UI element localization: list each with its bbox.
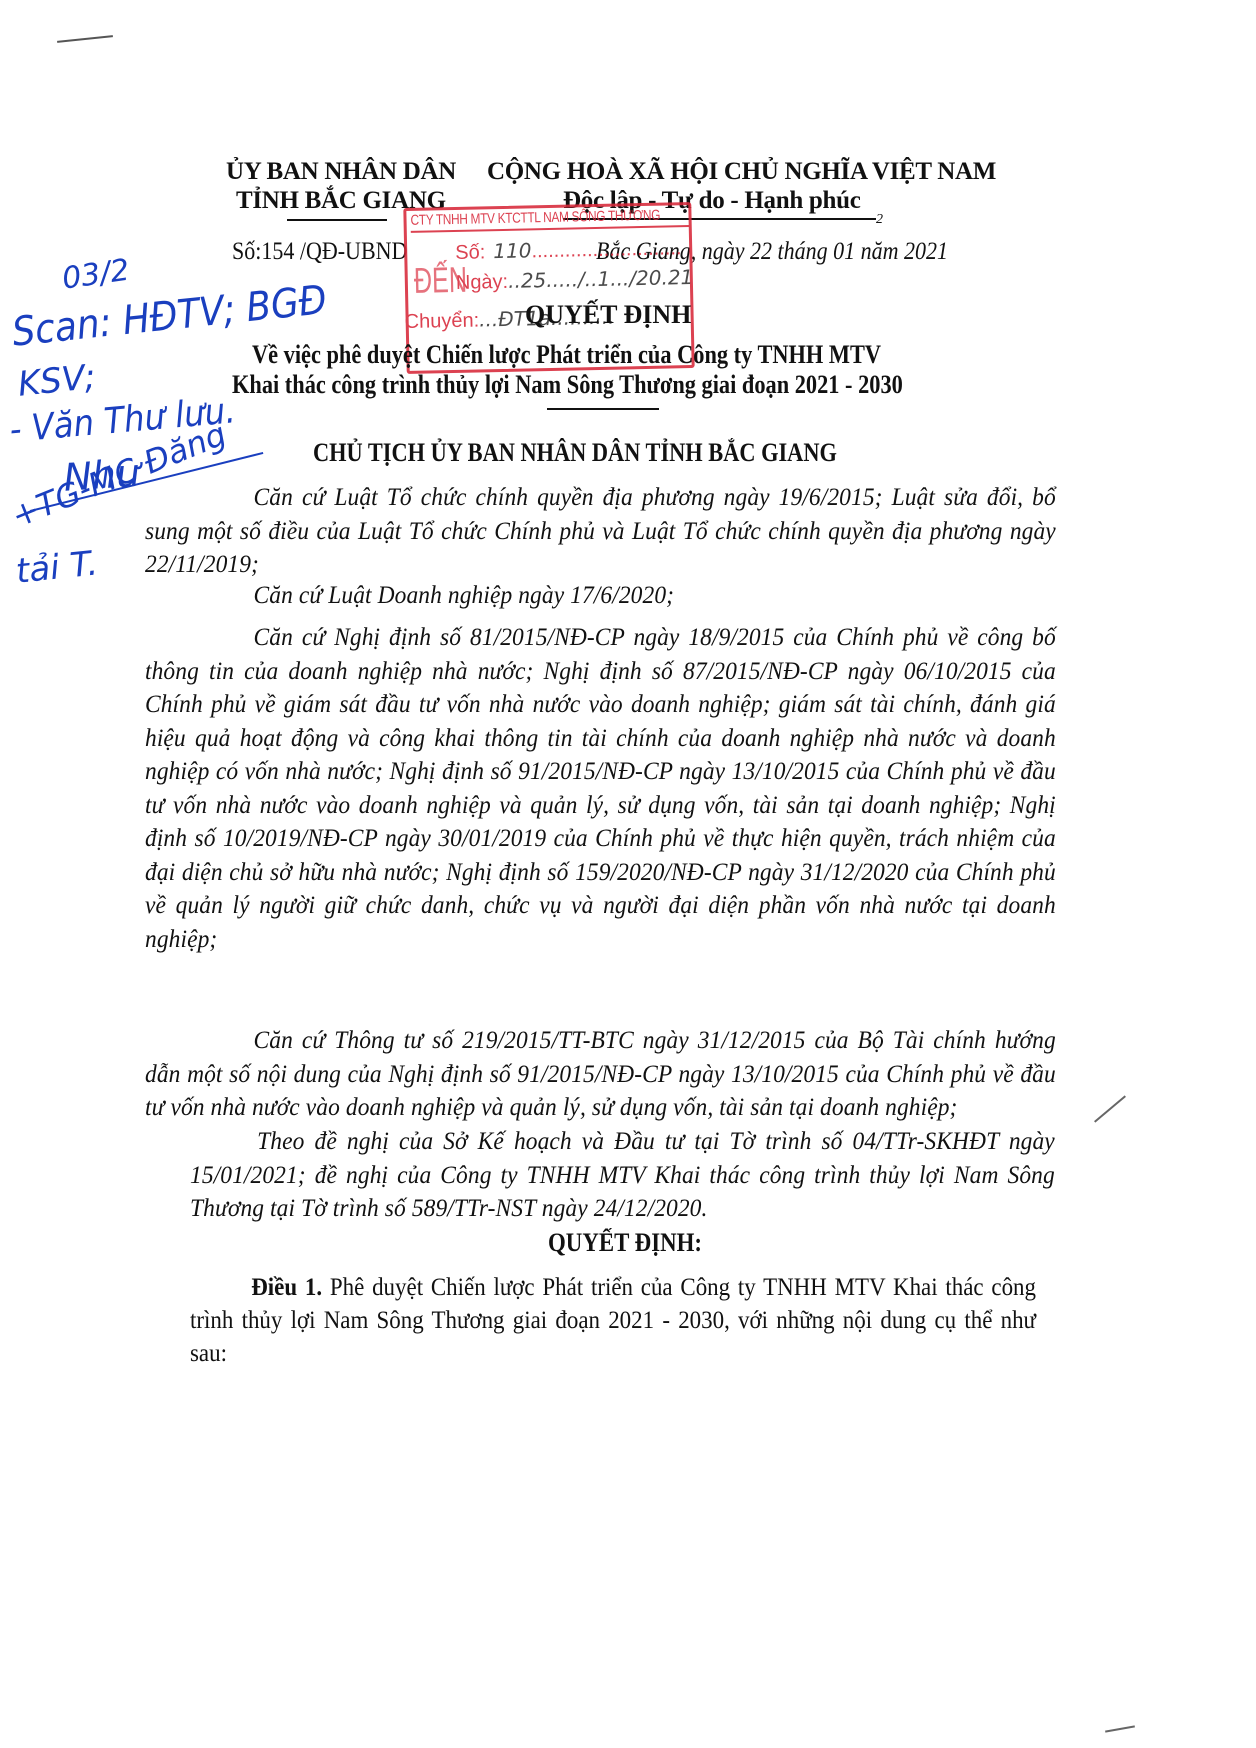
stamp-chuyen-label: Chuyển: <box>404 309 479 333</box>
handwritten-note-line-1: 03/2 <box>60 253 132 297</box>
subject-line-1: Về việc phê duyệt Chiến lược Phát triển … <box>252 340 881 370</box>
scan-mark <box>1105 1725 1135 1732</box>
article-1: Điều 1. Phê duyệt Chiến lược Phát triển … <box>190 1270 1036 1369</box>
preamble-3: Căn cứ Nghị định số 81/2015/NĐ-CP ngày 1… <box>145 620 1056 955</box>
preamble-1: Căn cứ Luật Tổ chức chính quyền địa phươ… <box>145 480 1056 581</box>
stamp-so-label: Số: <box>455 241 485 264</box>
preamble-5: Theo đề nghị của Sở Kế hoạch và Đầu tư t… <box>190 1124 1055 1225</box>
stamp-ngay-label: Ngày: <box>456 271 509 294</box>
subject-underline <box>547 408 659 410</box>
preamble-4: Căn cứ Thông tư số 219/2015/TT-BTC ngày … <box>145 1023 1056 1124</box>
stamp-ngay-row: Ngày:..25...../..1.../20.21 <box>456 265 694 295</box>
issuer-name: ỦY BAN NHÂN DÂN <box>226 158 456 186</box>
stamp-so-dots: ........................... <box>531 237 681 262</box>
handwritten-note-line-7: tải T. <box>14 543 100 591</box>
page-mark: 2 <box>876 212 883 228</box>
preamble-2: Căn cứ Luật Doanh nghiệp ngày 17/6/2020; <box>145 578 1056 612</box>
scan-mark <box>57 35 113 43</box>
national-title: CỘNG HOÀ XÃ HỘI CHỦ NGHĨA VIỆT NAM <box>487 158 996 186</box>
document-number: Số:154 /QĐ-UBND <box>232 238 407 266</box>
stamp-ngay-value: ..25...../..1.../20.21 <box>508 265 694 293</box>
stamp-so-value: 110 <box>493 238 532 263</box>
issuer-underline <box>287 219 387 221</box>
stamp-org: CTY TNHH MTV KTCTTL NAM SÔNG THƯƠNG <box>410 207 689 233</box>
issuing-authority: CHỦ TỊCH ỦY BAN NHÂN DÂN TỈNH BẮC GIANG <box>313 438 837 468</box>
subject-line-2: Khai thác công trình thủy lợi Nam Sông T… <box>232 370 903 400</box>
document-heading: QUYẾT ĐỊNH <box>525 300 691 330</box>
decision-heading: QUYẾT ĐỊNH: <box>548 1228 702 1258</box>
handwritten-note-line-3: KSV; <box>16 357 97 405</box>
article-1-label: Điều 1. <box>251 1272 322 1301</box>
scan-mark <box>1094 1095 1126 1122</box>
stamp-so-row: Số:110........................... <box>455 235 682 265</box>
